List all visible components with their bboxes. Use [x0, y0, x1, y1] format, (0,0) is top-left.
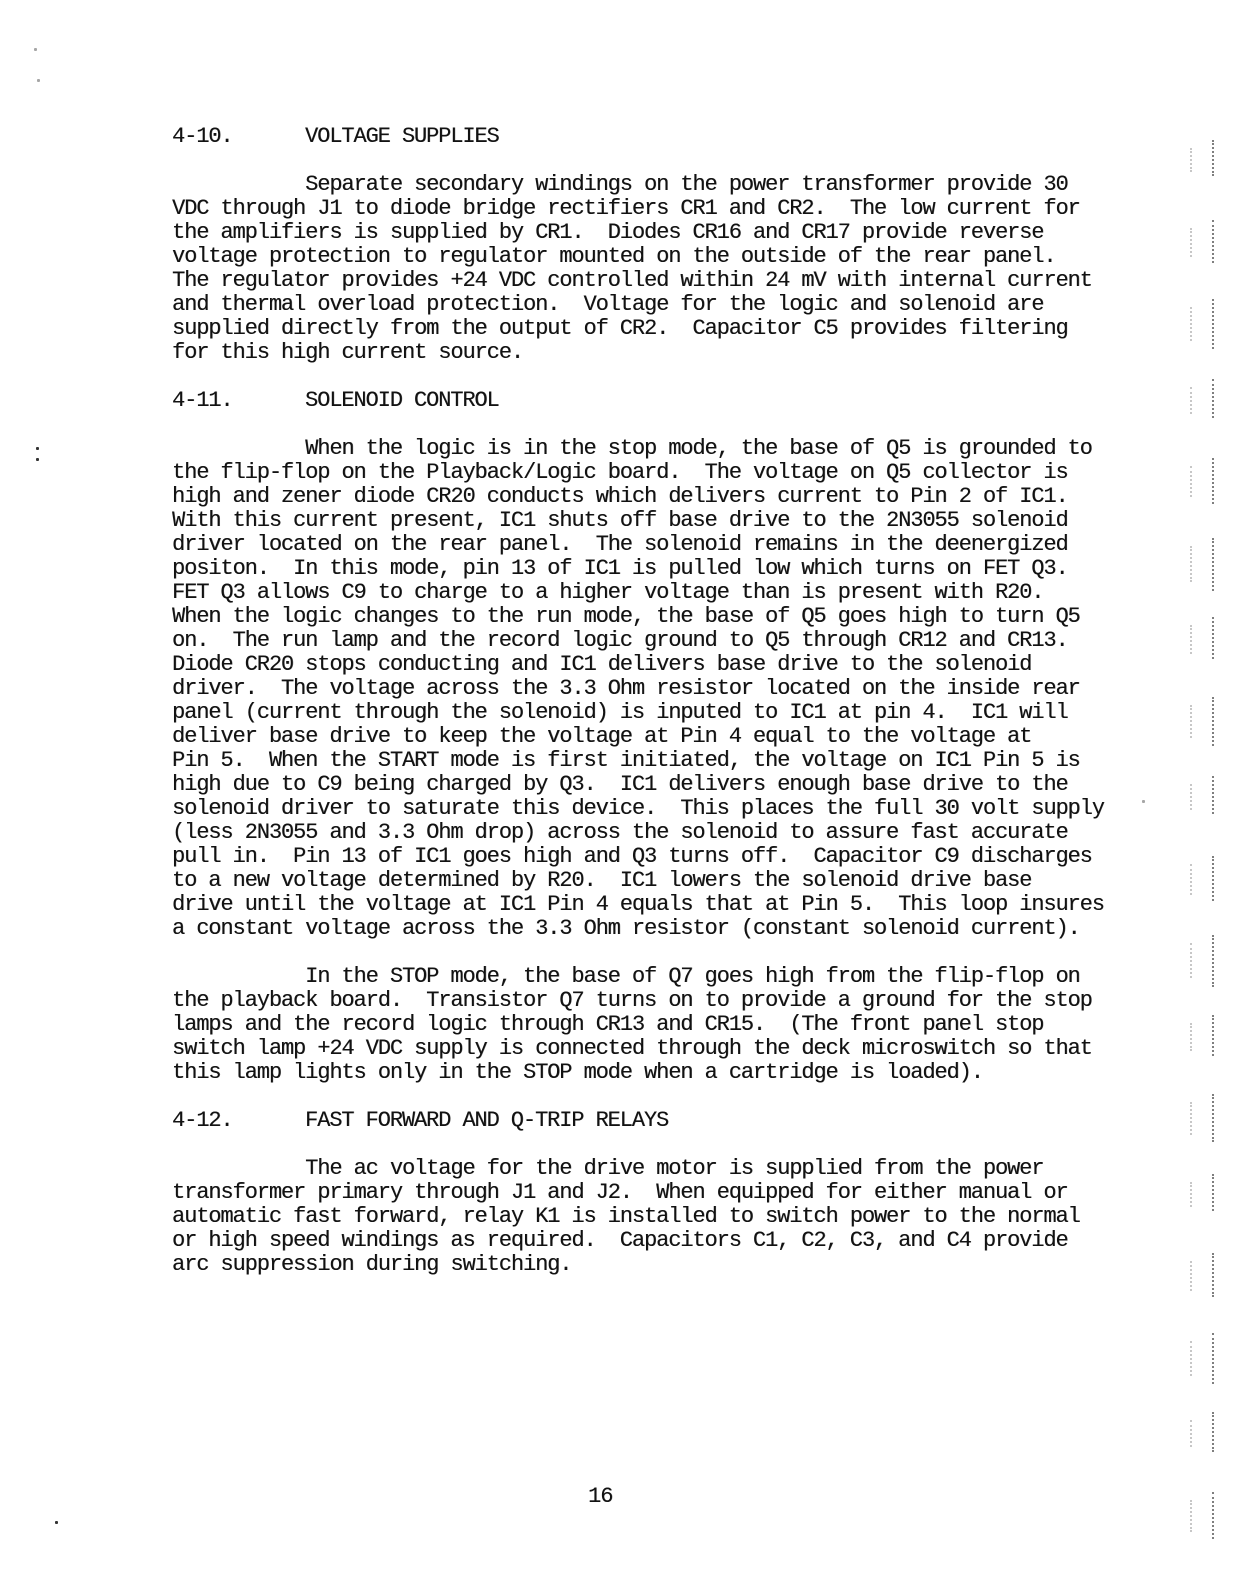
ink-speck: [1142, 800, 1145, 803]
scan-dot-cluster: [1190, 379, 1214, 418]
section-heading-4-11: 4-11. SOLENOID CONTROL: [172, 389, 1137, 413]
scan-dot-cluster: [1190, 776, 1214, 814]
section-number: 4-11.: [172, 389, 305, 413]
ink-speck: [55, 1521, 58, 1524]
ink-speck: [36, 458, 39, 461]
scan-dot-cluster: [1190, 697, 1214, 746]
scan-dot-cluster: [1190, 1015, 1214, 1056]
scan-dot-cluster: [1190, 935, 1214, 987]
section-heading-4-12: 4-12. FAST FORWARD AND Q-TRIP RELAYS: [172, 1109, 1137, 1133]
paragraph-fast-forward-relays: The ac voltage for the drive motor is su…: [172, 1157, 1137, 1277]
scan-dot-cluster: [1190, 1174, 1214, 1211]
scan-dot-cluster: [1190, 1094, 1214, 1142]
scan-dot-cluster: [1190, 1333, 1214, 1384]
ink-speck: [36, 447, 39, 450]
page-text-column: 4-10. VOLTAGE SUPPLIES Separate secondar…: [172, 125, 1137, 1277]
section-heading-4-10: 4-10. VOLTAGE SUPPLIES: [172, 125, 1137, 149]
scan-dot-cluster: [1190, 220, 1214, 263]
scan-dot-cluster: [1190, 140, 1214, 176]
page-number: 16: [588, 1485, 612, 1509]
scan-dot-cluster: [1190, 1412, 1214, 1452]
ink-speck: [37, 79, 40, 82]
section-title: SOLENOID CONTROL: [305, 389, 499, 413]
scanned-manual-page: 4-10. VOLTAGE SUPPLIES Separate secondar…: [0, 0, 1244, 1584]
scan-dot-cluster: [1190, 1253, 1214, 1297]
scan-dot-cluster: [1190, 617, 1214, 659]
scan-dot-cluster: [1190, 1492, 1214, 1539]
paragraph-solenoid-control-2: In the STOP mode, the base of Q7 goes hi…: [172, 965, 1137, 1085]
paragraph-voltage-supplies: Separate secondary windings on the power…: [172, 173, 1137, 365]
ink-speck: [34, 48, 37, 51]
section-number: 4-12.: [172, 1109, 305, 1133]
section-title: FAST FORWARD AND Q-TRIP RELAYS: [305, 1109, 668, 1133]
scan-dot-cluster: [1190, 458, 1214, 504]
scan-dot-cluster: [1190, 856, 1214, 901]
scan-dot-cluster: [1190, 538, 1214, 591]
section-title: VOLTAGE SUPPLIES: [305, 125, 499, 149]
paragraph-solenoid-control-1: When the logic is in the stop mode, the …: [172, 437, 1137, 941]
section-number: 4-10.: [172, 125, 305, 149]
scan-dot-cluster: [1190, 299, 1214, 349]
